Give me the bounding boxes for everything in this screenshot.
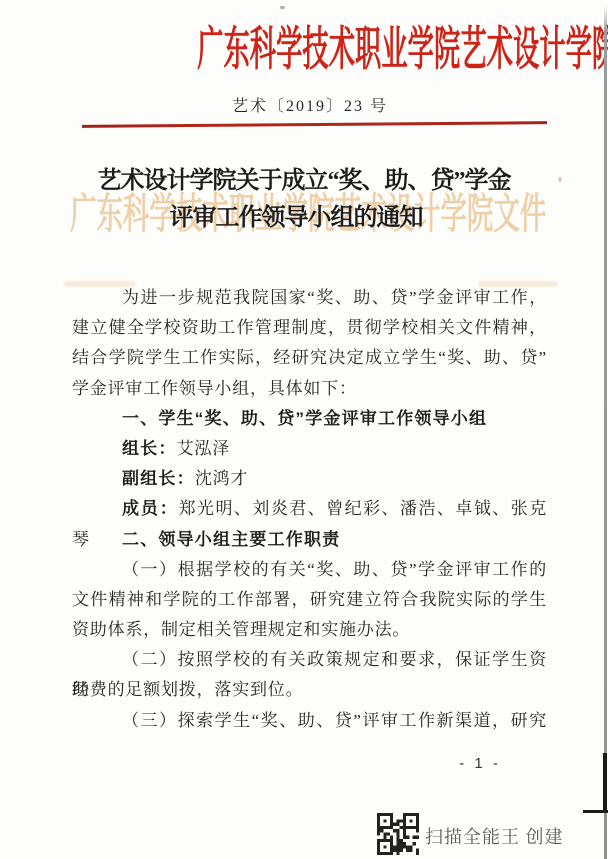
body-segment: （一）根据学校的有关“奖、助、贷”学金评审工作的 bbox=[122, 560, 547, 579]
scan-edge-line bbox=[604, 6, 607, 859]
body-segment: （三）探索学生“奖、助、贷”评审工作新渠道，研究 bbox=[122, 711, 547, 730]
body-line: （一）根据学校的有关“奖、助、贷”学金评审工作的 bbox=[72, 555, 547, 585]
document-title: 艺术设计学院关于成立“奖、助、贷”学金 评审工作领导小组的通知 bbox=[0, 163, 608, 237]
body-line: 资助体系，制定相关管理规定和实施办法。 bbox=[72, 615, 547, 645]
red-divider-rule bbox=[82, 121, 547, 128]
scanned-document-page: 广东科学技术职业学院艺术设计学院文件 艺术〔2019〕23 号 广东科学技术职业… bbox=[0, 0, 608, 859]
letterhead-title: 广东科学技术职业学院艺术设计学院文件 bbox=[197, 24, 608, 76]
body-line: 建立健全学校资助工作管理制度，贯彻学校相关文件精神， bbox=[72, 313, 547, 343]
body-line: 学金评审工作领导小组，具体如下： bbox=[72, 374, 547, 404]
document-title-line-2: 评审工作领导小组的通知 bbox=[0, 200, 600, 237]
body-segment: 沈鸿才 bbox=[195, 469, 248, 488]
body-line: 经费的足额划拨，落实到位。 bbox=[72, 675, 547, 705]
qr-code bbox=[377, 813, 419, 855]
body-line: 为进一步规范我院国家“奖、助、贷”学金评审工作， bbox=[72, 283, 547, 313]
document-title-line-1: 艺术设计学院关于成立“奖、助、贷”学金 bbox=[0, 163, 608, 200]
body-segment: 文件精神和学院的工作部署，研究建立符合我院实际的学生 bbox=[72, 590, 547, 609]
body-segment: 学金评审工作领导小组，具体如下： bbox=[72, 379, 357, 398]
letterhead: 广东科学技术职业学院艺术设计学院文件 bbox=[0, 24, 608, 76]
body-line: 组长：艾泓泽 bbox=[72, 434, 547, 464]
body-segment: 为进一步规范我院国家“奖、助、贷”学金评审工作， bbox=[122, 288, 547, 307]
scanner-app-caption: 扫描全能王 创建 bbox=[425, 823, 564, 849]
scan-speck bbox=[280, 6, 285, 9]
page-number: - 1 - bbox=[440, 755, 520, 772]
body-segment-bold: 组长： bbox=[122, 439, 177, 458]
body-text: 为进一步规范我院国家“奖、助、贷”学金评审工作，建立健全学校资助工作管理制度，贯… bbox=[72, 283, 547, 736]
body-segment: 结合学院学生工作实际，经研究决定成立学生“奖、助、贷” bbox=[72, 348, 547, 367]
body-segment-bold: 副组长： bbox=[122, 469, 195, 488]
body-line: 副组长：沈鸿才 bbox=[72, 464, 547, 494]
body-line: （三）探索学生“奖、助、贷”评审工作新渠道，研究 bbox=[72, 706, 547, 736]
body-segment: 建立健全学校资助工作管理制度，贯彻学校相关文件精神， bbox=[72, 318, 547, 337]
body-segment-bold: 二、领导小组主要工作职责 bbox=[122, 530, 340, 549]
body-segment-bold: 成员： bbox=[122, 499, 179, 518]
body-line: 成员：郑光明、刘炎君、曾纪彩、潘浩、卓钺、张克琴 bbox=[72, 494, 547, 524]
document-number: 艺术〔2019〕23 号 bbox=[6, 93, 608, 116]
body-line: （二）按照学校的有关政策规定和要求，保证学生资助 bbox=[72, 645, 547, 675]
body-line: 二、领导小组主要工作职责 bbox=[72, 525, 547, 555]
scan-corner-mark-horizontal bbox=[583, 810, 608, 813]
body-line: 文件精神和学院的工作部署，研究建立符合我院实际的学生 bbox=[72, 585, 547, 615]
body-segment: 艾泓泽 bbox=[177, 439, 230, 458]
scan-corner-mark-vertical bbox=[603, 753, 607, 813]
body-line: 结合学院学生工作实际，经研究决定成立学生“奖、助、贷” bbox=[72, 343, 547, 373]
body-segment-bold: 一、学生“奖、助、贷”学金评审工作领导小组 bbox=[122, 409, 487, 428]
body-segment: 资助体系，制定相关管理规定和实施办法。 bbox=[72, 620, 410, 639]
body-line: 一、学生“奖、助、贷”学金评审工作领导小组 bbox=[72, 404, 547, 434]
body-segment: 经费的足额划拨，落实到位。 bbox=[72, 680, 303, 699]
